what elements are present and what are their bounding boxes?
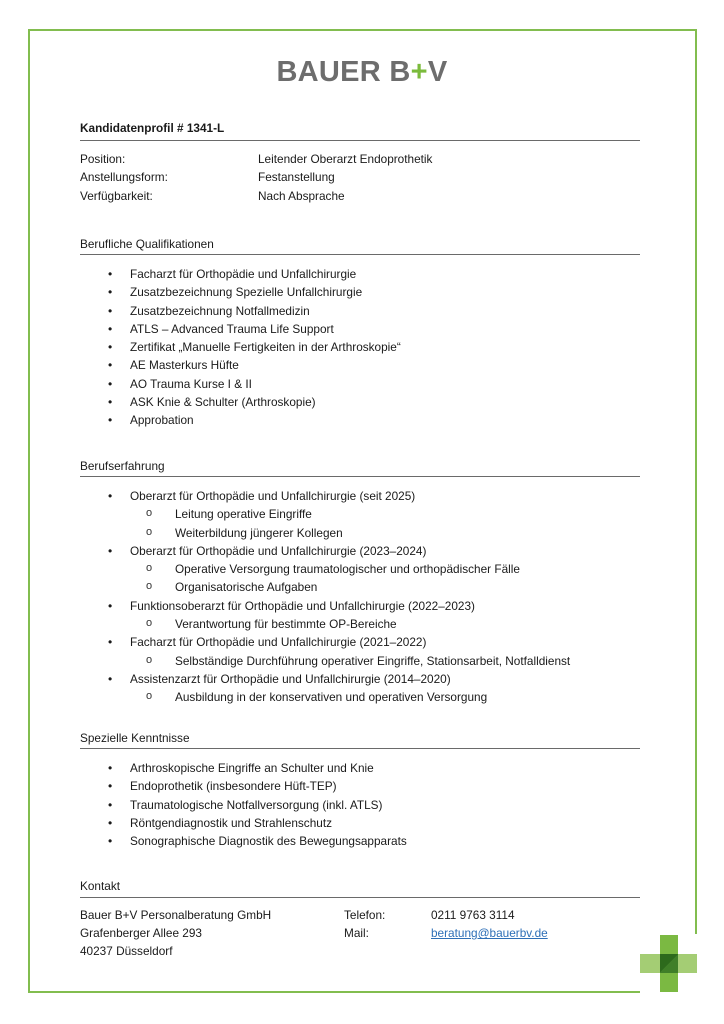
bullet-icon: • (108, 670, 112, 688)
bullet-icon: • (108, 356, 112, 374)
list-item: •Traumatologische Notfallversorgung (ink… (80, 796, 640, 814)
circle-bullet-icon: o (146, 687, 152, 705)
bullet-icon: • (108, 320, 112, 338)
bullet-icon: • (108, 542, 112, 560)
page-frame-bottom (28, 991, 640, 993)
bullet-icon: • (108, 338, 112, 356)
field-availability: Verfügbarkeit: Nach Absprache (80, 187, 640, 205)
circle-bullet-icon: o (146, 504, 152, 522)
city-address: 40237 Düsseldorf (80, 942, 172, 960)
experience-item: •Oberarzt für Orthopädie und Unfallchiru… (80, 542, 640, 560)
list-item: •Sonographische Diagnostik des Bewegungs… (80, 832, 640, 850)
section-title: Berufliche Qualifikationen (80, 235, 640, 253)
list-item: •Zusatzbezeichnung Spezielle Unfallchiru… (80, 283, 640, 301)
circle-bullet-icon: o (146, 651, 152, 669)
logo-plus: + (411, 56, 428, 88)
experience-subitem: oAusbildung in der konservativen und ope… (80, 688, 640, 706)
field-label: Anstellungsform: (80, 168, 168, 186)
section-title: Berufserfahrung (80, 457, 640, 475)
logo-text-end: V (428, 56, 448, 88)
skills-section: Spezielle Kenntnisse •Arthroskopische Ei… (80, 729, 640, 850)
section-title: Spezielle Kenntnisse (80, 729, 640, 747)
list-item: •Zertifikat „Manuelle Fertigkeiten in de… (80, 338, 640, 356)
contact-row: Bauer B+V Personalberatung GmbH Telefon:… (80, 906, 640, 924)
experience-subitem: oLeitung operative Eingriffe (80, 505, 640, 523)
skills-list: •Arthroskopische Eingriffe an Schulter u… (80, 759, 640, 850)
field-position: Position: Leitender Oberarzt Endoprothet… (80, 150, 640, 168)
field-value: Nach Absprache (258, 187, 345, 205)
list-item: •AO Trauma Kurse I & II (80, 375, 640, 393)
street-address: Grafenberger Allee 293 (80, 924, 202, 942)
list-item: •AE Masterkurs Hüfte (80, 356, 640, 374)
logo-text-main: BAUER B (276, 56, 410, 88)
list-item: •Arthroskopische Eingriffe an Schulter u… (80, 759, 640, 777)
qualifications-list: •Facharzt für Orthopädie und Unfallchiru… (80, 265, 640, 430)
list-item: •Approbation (80, 411, 640, 429)
page-frame-left (28, 29, 30, 992)
bullet-icon: • (108, 375, 112, 393)
bullet-icon: • (108, 265, 112, 283)
circle-bullet-icon: o (146, 577, 152, 595)
list-item: •Facharzt für Orthopädie und Unfallchiru… (80, 265, 640, 283)
experience-item: •Oberarzt für Orthopädie und Unfallchiru… (80, 487, 640, 505)
circle-bullet-icon: o (146, 559, 152, 577)
bullet-icon: • (108, 633, 112, 651)
experience-item: •Funktionsoberarzt für Orthopädie und Un… (80, 597, 640, 615)
list-item: •Endoprothetik (insbesondere Hüft-TEP) (80, 777, 640, 795)
company-name: Bauer B+V Personalberatung GmbH (80, 906, 271, 924)
experience-subitem: oOrganisatorische Aufgaben (80, 578, 640, 596)
experience-subitem: oOperative Versorgung traumatologischer … (80, 560, 640, 578)
list-item: •ASK Knie & Schulter (Arthroskopie) (80, 393, 640, 411)
profile-section: Kandidatenprofil # 1341-L Position: Leit… (80, 119, 640, 205)
contact-row: 40237 Düsseldorf (80, 942, 640, 960)
phone-label: Telefon: (344, 906, 385, 924)
mail-label: Mail: (344, 924, 369, 942)
contact-section: Kontakt Bauer B+V Personalberatung GmbH … (80, 877, 640, 961)
bullet-icon: • (108, 302, 112, 320)
phone-value: 0211 9763 3114 (431, 906, 515, 924)
experience-list: •Oberarzt für Orthopädie und Unfallchiru… (80, 487, 640, 707)
bullet-icon: • (108, 487, 112, 505)
bullet-icon: • (108, 393, 112, 411)
bullet-icon: • (108, 832, 112, 850)
field-label: Verfügbarkeit: (80, 187, 153, 205)
bullet-icon: • (108, 796, 112, 814)
field-label: Position: (80, 150, 125, 168)
list-item: •Röntgendiagnostik und Strahlenschutz (80, 814, 640, 832)
experience-subitem: oWeiterbildung jüngerer Kollegen (80, 524, 640, 542)
qualifications-section: Berufliche Qualifikationen •Facharzt für… (80, 235, 640, 430)
circle-bullet-icon: o (146, 614, 152, 632)
list-item: •ATLS – Advanced Trauma Life Support (80, 320, 640, 338)
circle-bullet-icon: o (146, 523, 152, 541)
section-title: Kontakt (80, 877, 640, 895)
experience-section: Berufserfahrung •Oberarzt für Orthopädie… (80, 457, 640, 707)
profile-title: Kandidatenprofil # 1341-L (80, 119, 640, 137)
experience-subitem: oVerantwortung für bestimmte OP-Bereiche (80, 615, 640, 633)
page-frame-top (28, 29, 696, 31)
experience-subitem: oSelbständige Durchführung operativer Ei… (80, 652, 640, 670)
bullet-icon: • (108, 814, 112, 832)
green-plus-icon (640, 935, 697, 992)
experience-item: •Facharzt für Orthopädie und Unfallchiru… (80, 633, 640, 651)
email-link[interactable]: beratung@bauerbv.de (431, 924, 548, 942)
company-logo: BAUER B+V (270, 55, 454, 89)
field-value: Festanstellung (258, 168, 335, 186)
contact-row: Grafenberger Allee 293 Mail: beratung@ba… (80, 924, 640, 942)
bullet-icon: • (108, 759, 112, 777)
experience-item: •Assistenzarzt für Orthopädie und Unfall… (80, 670, 640, 688)
bullet-icon: • (108, 777, 112, 795)
field-employment-type: Anstellungsform: Festanstellung (80, 168, 640, 186)
field-value: Leitender Oberarzt Endoprothetik (258, 150, 432, 168)
list-item: •Zusatzbezeichnung Notfallmedizin (80, 302, 640, 320)
bullet-icon: • (108, 411, 112, 429)
page-frame-right (695, 29, 697, 934)
bullet-icon: • (108, 597, 112, 615)
bullet-icon: • (108, 283, 112, 301)
